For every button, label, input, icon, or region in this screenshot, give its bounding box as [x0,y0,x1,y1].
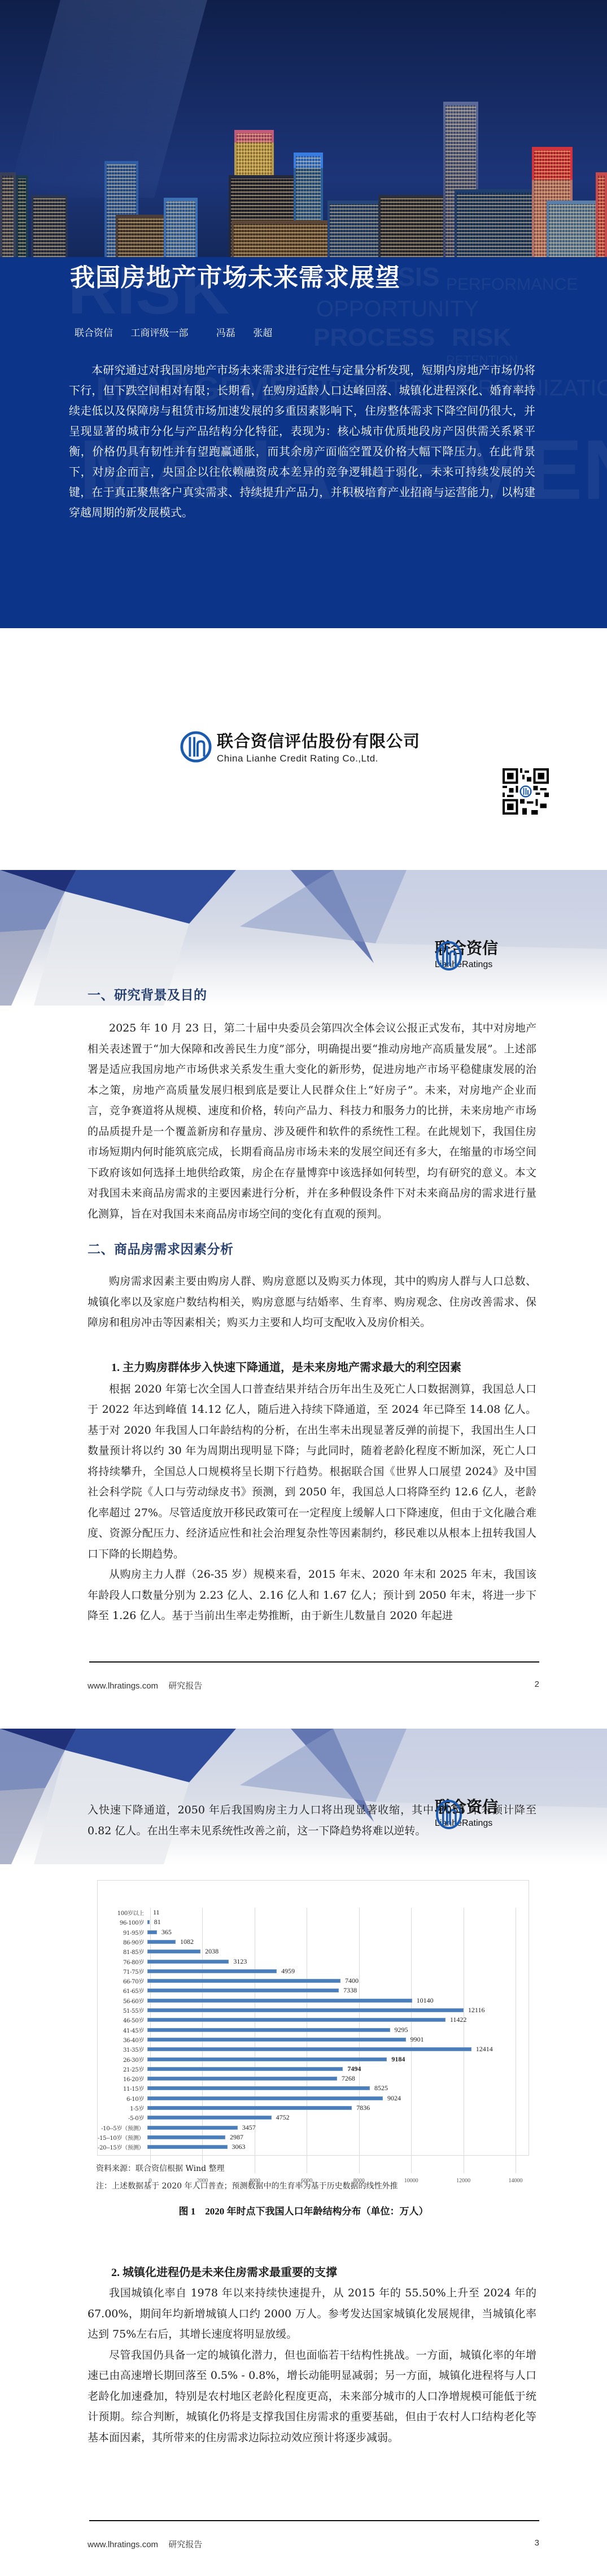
bar-value-label: 2038 [205,1947,219,1956]
subsection-heading: 1. 主力购房群体步入快速下降通道，是未来房地产需求最大的利空因素 [88,1358,536,1374]
chart-bar [147,1999,412,2003]
y-axis-category-label: 96-100岁 [98,1918,147,1926]
brand-logo: 联合资信 LianheRatings [435,941,498,970]
chart-bar-row: 76-80岁3123 [98,1957,527,1966]
section-heading: 二、商品房需求因素分析 [88,1239,536,1257]
bar-value-label: 1082 [180,1938,194,1946]
population-age-chart: 02000400060008000100001200014000100岁以上11… [97,1880,529,2156]
body-paragraph: 根据 2020 年第七次全国人口普查结果并结合历年出生及死亡人口数据测算，我国总… [88,1379,536,1565]
x-axis-tick-label: 12000 [456,2178,470,2184]
department: 工商评级一部 [130,328,188,339]
y-axis-category-label: 36-40岁 [98,2035,147,2044]
y-axis-category-label: 71-75岁 [98,1967,147,1975]
y-axis-category-label: 21-25岁 [98,2065,147,2073]
bar-value-label: 4752 [276,2113,290,2122]
y-axis-category-label: 1-5岁 [98,2104,147,2112]
chart-bar [147,2008,464,2012]
chart-bar-row: 96-100岁81 [98,1917,527,1927]
bar-value-label: 12116 [468,2006,485,2014]
bar-value-label: 9024 [387,2094,401,2103]
chart-bar [147,2057,387,2061]
cover-page: RISK ANALYSIS PERFORMANCE OPPORTUNITY PR… [0,0,607,859]
chart-bar-row: 81-85岁2038 [98,1947,527,1956]
subsection-heading: 2. 城镇化进程仍是未来住房需求最重要的支撑 [88,2263,536,2279]
figure-caption: 图 1 2020 年时点下我国人口年龄结构分布（单位：万人） [0,2203,607,2217]
bar-value-label: 9184 [391,2055,405,2064]
bar-value-label: 9901 [411,2035,424,2044]
chart-bar [147,1988,339,1992]
body-paragraph: 购房需求因素主要由购房人群、购房意愿以及购买力体现，其中的购房人群与人口总数、城… [88,1271,536,1333]
page-number: 3 [535,2538,539,2550]
chart-bar-row: 21-25岁7494 [98,2064,527,2074]
chart-bar [147,2116,272,2120]
chart-bar-row: 26-30岁9184 [98,2055,527,2064]
section-heading: 一、研究背景及目的 [88,985,536,1003]
chart-bar [147,1920,150,1924]
bar-value-label: 10140 [417,1996,434,2005]
body-paragraph: 入快速下降通道，2050 年后我国购房主力人口将出现显著收缩，其中 2055 年… [88,1800,536,1841]
y-axis-category-label: -15--10岁（预测） [98,2133,147,2142]
chart-bar [147,1969,277,1973]
lianhe-logo-icon [435,941,463,971]
chart-bar-row: 86-90岁1082 [98,1937,527,1947]
author-name: 张超 [253,328,272,339]
chart-bar [147,1930,157,1934]
bar-value-label: 7400 [345,1977,359,1985]
bar-value-label: 3457 [242,2124,256,2132]
report-page-2: 联合资信 LianheRatings 一、研究背景及目的 2025 年 10 月… [0,859,607,1717]
chart-bar-row: 41-45岁9295 [98,2025,527,2035]
author-name: 冯磊 [216,328,235,339]
y-axis-category-label: 6-10岁 [98,2094,147,2103]
bar-value-label: 3123 [233,1957,247,1966]
chart-bar-row: 1-5岁7836 [98,2103,527,2113]
y-axis-category-label: -20--15岁（预测） [98,2143,147,2151]
continued-text: 入快速下降通道，2050 年后我国购房主力人口将出现显著收缩，其中 2055 年… [88,1800,536,1841]
company-name-en: China Lianhe Credit Rating Co.,Ltd. [217,753,420,764]
y-axis-category-label: 16-20岁 [98,2074,147,2083]
report-title: 我国房地产市场未来需求展望 [70,257,400,293]
chart-bar [147,2096,383,2100]
y-axis-category-label: 66-70岁 [98,1977,147,1985]
chart-bar-row: 100岁以上11 [98,1908,527,1917]
y-axis-category-label: 61-65岁 [98,1986,147,1995]
body-paragraph: 从购房主力人群（26-35 岁）规模来看，2015 年末、2020 年末和 20… [88,1564,536,1626]
y-axis-category-label: 86-90岁 [98,1938,147,1946]
org-name: 联合资信 [75,328,113,339]
y-axis-category-label: 76-80岁 [98,1957,147,1966]
page-number: 2 [535,1679,539,1691]
y-axis-category-label: 100岁以上 [98,1908,147,1917]
y-axis-category-label: 81-85岁 [98,1947,147,1956]
report-abstract: 本研究通过对我国房地产市场未来需求进行定性与定量分析发现，短期内房地产市场仍将下… [69,360,535,523]
watermark-text: RISK [452,324,511,352]
bar-value-label: 11 [153,1908,160,1917]
author-line: 联合资信 工商评级一部 冯磊 张超 [75,325,285,339]
chart-bar [147,2038,406,2042]
bar-value-label: 7494 [347,2065,361,2073]
chart-bar [147,1960,229,1964]
y-axis-category-label: 41-45岁 [98,2026,147,2034]
bar-value-label: 11422 [450,2016,467,2024]
bar-value-label: 81 [154,1918,161,1926]
y-axis-category-label: -5-0岁 [98,2113,147,2122]
page-header-banner: 联合资信 LianheRatings [0,1729,607,1864]
chart-bar-row: 91-95岁365 [98,1927,527,1937]
chart-bar [147,2067,343,2071]
bar-value-label: 3063 [232,2143,246,2151]
footer-divider [89,2520,539,2521]
y-axis-category-label: 51-55岁 [98,2006,147,2014]
chart-bar-row: -5-0岁4752 [98,2113,527,2122]
page-footer: www.lhratings.com 研究报告 2 [88,1679,539,1691]
cover-skyline-photo [0,0,607,257]
report-page-3: 联合资信 LianheRatings 入快速下降通道，2050 年后我国购房主力… [0,1717,607,2576]
bar-value-label: 4959 [281,1967,295,1975]
chart-bar [147,1950,200,1953]
chart-bar-row: 71-75岁4959 [98,1966,527,1976]
chart-source: 资料来源：联合资信根据 Wind 整理 [96,2162,225,2174]
chart-bar-row: 6-10岁9024 [98,2094,527,2103]
chart-bar-row: -10--5岁（预测）3457 [98,2123,527,2133]
bar-value-label: 12414 [476,2045,493,2053]
watermark-text: OPPORTUNITY [316,297,479,322]
y-axis-category-label: 26-30岁 [98,2055,147,2064]
chart-bar-row: 51-55岁12116 [98,2005,527,2015]
chart-bar [147,2047,471,2051]
body-paragraph: 我国城镇化率自 1978 年以来持续快速提升，从 2015 年的 55.50%上… [88,2283,536,2345]
chart-bar [147,2106,352,2110]
watermark-text: PROCESS [313,324,435,352]
footer-website-link[interactable]: www.lhratings.com [88,1681,158,1691]
chart-bar-row: 56-60岁10140 [98,1996,527,2005]
chart-bar-row: 31-35岁12414 [98,2044,527,2054]
lianhe-logo-icon [180,730,212,763]
bar-value-label: 9295 [395,2026,408,2034]
company-name-cn: 联合资信评估股份有限公司 [217,729,420,752]
chart-bar [147,1940,176,1944]
qr-code-icon[interactable] [503,768,549,815]
y-axis-category-label: 56-60岁 [98,1996,147,2005]
chart-bar [147,2028,390,2032]
bar-value-label: 365 [161,1928,172,1937]
footer-doc-type: 研究报告 [168,2540,202,2549]
chart-bar-row: -15--10岁（预测）2987 [98,2133,527,2142]
y-axis-category-label: 46-50岁 [98,2016,147,2024]
chart-bar [147,2018,446,2022]
chart-bar-row: 61-65岁7338 [98,1986,527,1995]
chart-bar [147,2086,370,2090]
chart-bar-row: 16-20岁7268 [98,2074,527,2083]
chart-bar [147,2126,238,2130]
company-logo: 联合资信评估股份有限公司 China Lianhe Credit Rating … [180,729,420,764]
chart-bar-row: 36-40岁9901 [98,2035,527,2044]
y-axis-category-label: 11-15岁 [98,2084,147,2092]
chart-bar-row: 46-50岁11422 [98,2015,527,2025]
section-1: 一、研究背景及目的 2025 年 10 月 23 日，第二十届中央委员会第四次全… [88,985,536,1626]
chart-bar [147,2135,225,2139]
chart-bar [147,1979,340,1983]
chart-bar-row: 66-70岁7400 [98,1976,527,1986]
chart-bar-row: 11-15岁8525 [98,2083,527,2093]
chart-bar [147,2077,337,2081]
bar-value-label: 7338 [343,1986,357,1995]
y-axis-category-label: -10--5岁（预测） [98,2124,147,2132]
footer-doc-type: 研究报告 [168,1681,202,1691]
cover-blue-panel: RISK ANALYSIS PERFORMANCE OPPORTUNITY PR… [0,257,607,628]
section-2-2: 2. 城镇化进程仍是未来住房需求最重要的支撑 我国城镇化率自 1978 年以来持… [88,2263,536,2448]
body-paragraph: 尽管我国仍具备一定的城镇化潜力，但也面临若干结构性挑战。一方面，城镇化率的年增速… [88,2345,536,2448]
chart-plot-area: 02000400060008000100001200014000100岁以上11… [150,1908,516,2173]
bar-value-label: 7836 [356,2104,370,2112]
chart-bar-row: -20--15岁（预测）3063 [98,2142,527,2152]
bar-value-label: 8525 [374,2084,388,2092]
page-footer: www.lhratings.com 研究报告 3 [88,2538,539,2550]
chart-bar [147,2145,228,2149]
footer-divider [89,1661,539,1663]
chart-note: 注：上述数据基于 2020 年人口普查；预测数据中的生育率为基于历史数据的线性外… [96,2180,398,2191]
footer-website-link[interactable]: www.lhratings.com [88,2540,158,2549]
y-axis-category-label: 31-35岁 [98,2045,147,2053]
body-paragraph: 2025 年 10 月 23 日，第二十届中央委员会第四次全体会议公报正式发布，… [88,1018,536,1224]
x-axis-tick-label: 10000 [404,2178,418,2184]
bar-value-label: 7268 [342,2074,355,2083]
x-axis-tick-label: 14000 [509,2178,523,2184]
bar-value-label: 2987 [230,2133,243,2142]
y-axis-category-label: 91-95岁 [98,1928,147,1937]
watermark-text: PERFORMANCE [446,275,578,294]
